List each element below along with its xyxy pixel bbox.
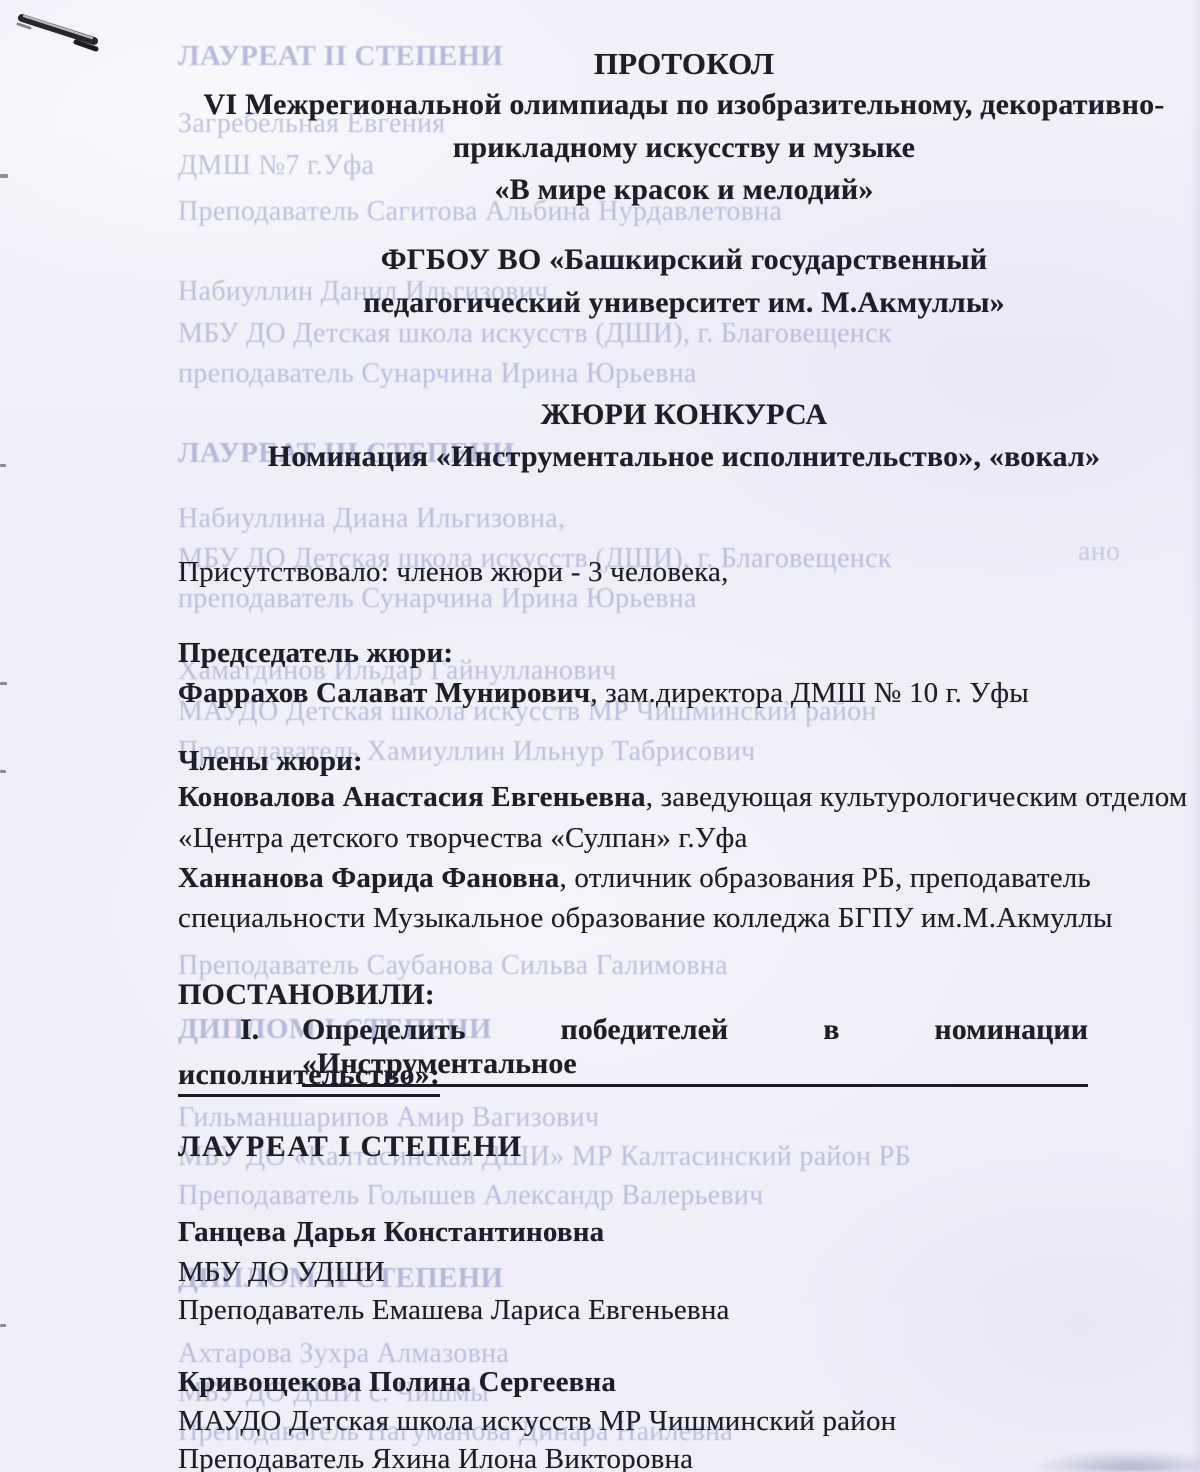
chair-label: Председатель жюри: [178,637,453,670]
member-2-line-2: специальности Музыкальное образование ко… [178,902,1113,935]
resolution-line-2: исполнительство»: [178,1058,440,1093]
winner-teacher: Преподаватель Емашева Лариса Евгеньевна [178,1294,730,1327]
laureate-1-heading: ЛАУРЕАТ I СТЕПЕНИ [178,1130,523,1165]
winner-teacher: Преподаватель Яхина Илона Викторовна [178,1443,693,1472]
ghost-text-line: МБУ ДО Детская школа искусств (ДШИ), г. … [178,318,892,350]
member-1-line-1: Коновалова Анастасия Евгеньевна, заведую… [178,781,1187,814]
member-1-name: Коновалова Анастасия Евгеньевна [178,781,646,813]
ghost-text-fragment: ано [1078,536,1120,568]
chair-name: Фаррахов Салават Мунирович [178,677,590,709]
scan-smudge-artifact [1028,1450,1200,1472]
member-2-title: , отличник образования РБ, преподаватель [560,862,1091,894]
doc-subtitle-line-3: «В мире красок и мелодий» [178,173,1190,208]
staple-artifact [14,8,124,68]
scanned-protocol-page: ЛАУРЕАТ II СТЕПЕНИ Загребельная Евгения … [0,0,1200,1472]
member-1-line-2: «Центра детского творчества «Сулпан» г.У… [178,822,748,855]
member-2-line-1: Ханнанова Фарида Фановна, отличник образ… [178,862,1091,895]
winner-school: МАУДО Детская школа искусств МР Чишминск… [178,1405,896,1438]
scan-edge-artifact [0,174,8,178]
member-2-name: Ханнанова Фарида Фановна [178,862,560,894]
member-1-title: , заведующая культурологическим отделом [646,781,1188,813]
members-label: Члены жюри: [178,745,363,778]
doc-subtitle-line-1: VI Межрегиональной олимпиады по изобрази… [178,88,1190,123]
scan-edge-artifact [0,464,6,467]
org-name-line-2: педагогический университет им. М.Акмуллы… [178,286,1190,321]
resolution-text-2: исполнительство»: [178,1058,440,1097]
ghost-text-line: преподаватель Сунарчина Ирина Юрьевна [178,358,697,390]
winner-school: МБУ ДО УДШИ [178,1256,385,1289]
scan-edge-artifact [0,682,7,685]
attendance-line: Присутствовало: членов жюри - 3 человека… [178,556,729,589]
winner-name: Ганцева Дарья Константиновна [178,1216,604,1249]
resolved-label: ПОСТАНОВИЛИ: [178,978,435,1013]
scan-edge-artifact [0,1324,6,1327]
scan-edge-shading [1190,0,1200,1472]
doc-title: ПРОТОКОЛ [178,46,1190,82]
chair-line: Фаррахов Салават Мунирович, зам.директор… [178,677,1029,710]
doc-subtitle-line-2: прикладному искусству и музыке [178,131,1190,166]
nomination-line: Номинация «Инструментальное исполнительс… [178,440,1190,475]
scan-edge-artifact [0,770,6,773]
winner-name: Кривощекова Полина Сергеевна [178,1366,616,1399]
chair-title: , зам.директора ДМШ № 10 г. Уфы [590,677,1029,709]
ghost-text-line: Преподаватель Голышев Александр Валерьев… [178,1180,764,1212]
jury-heading: ЖЮРИ КОНКУРСА [178,398,1190,433]
org-name-line-1: ФГБОУ ВО «Башкирский государственный [178,243,1190,278]
ghost-text-line: Набиуллина Диана Ильгизовна, [178,503,565,535]
